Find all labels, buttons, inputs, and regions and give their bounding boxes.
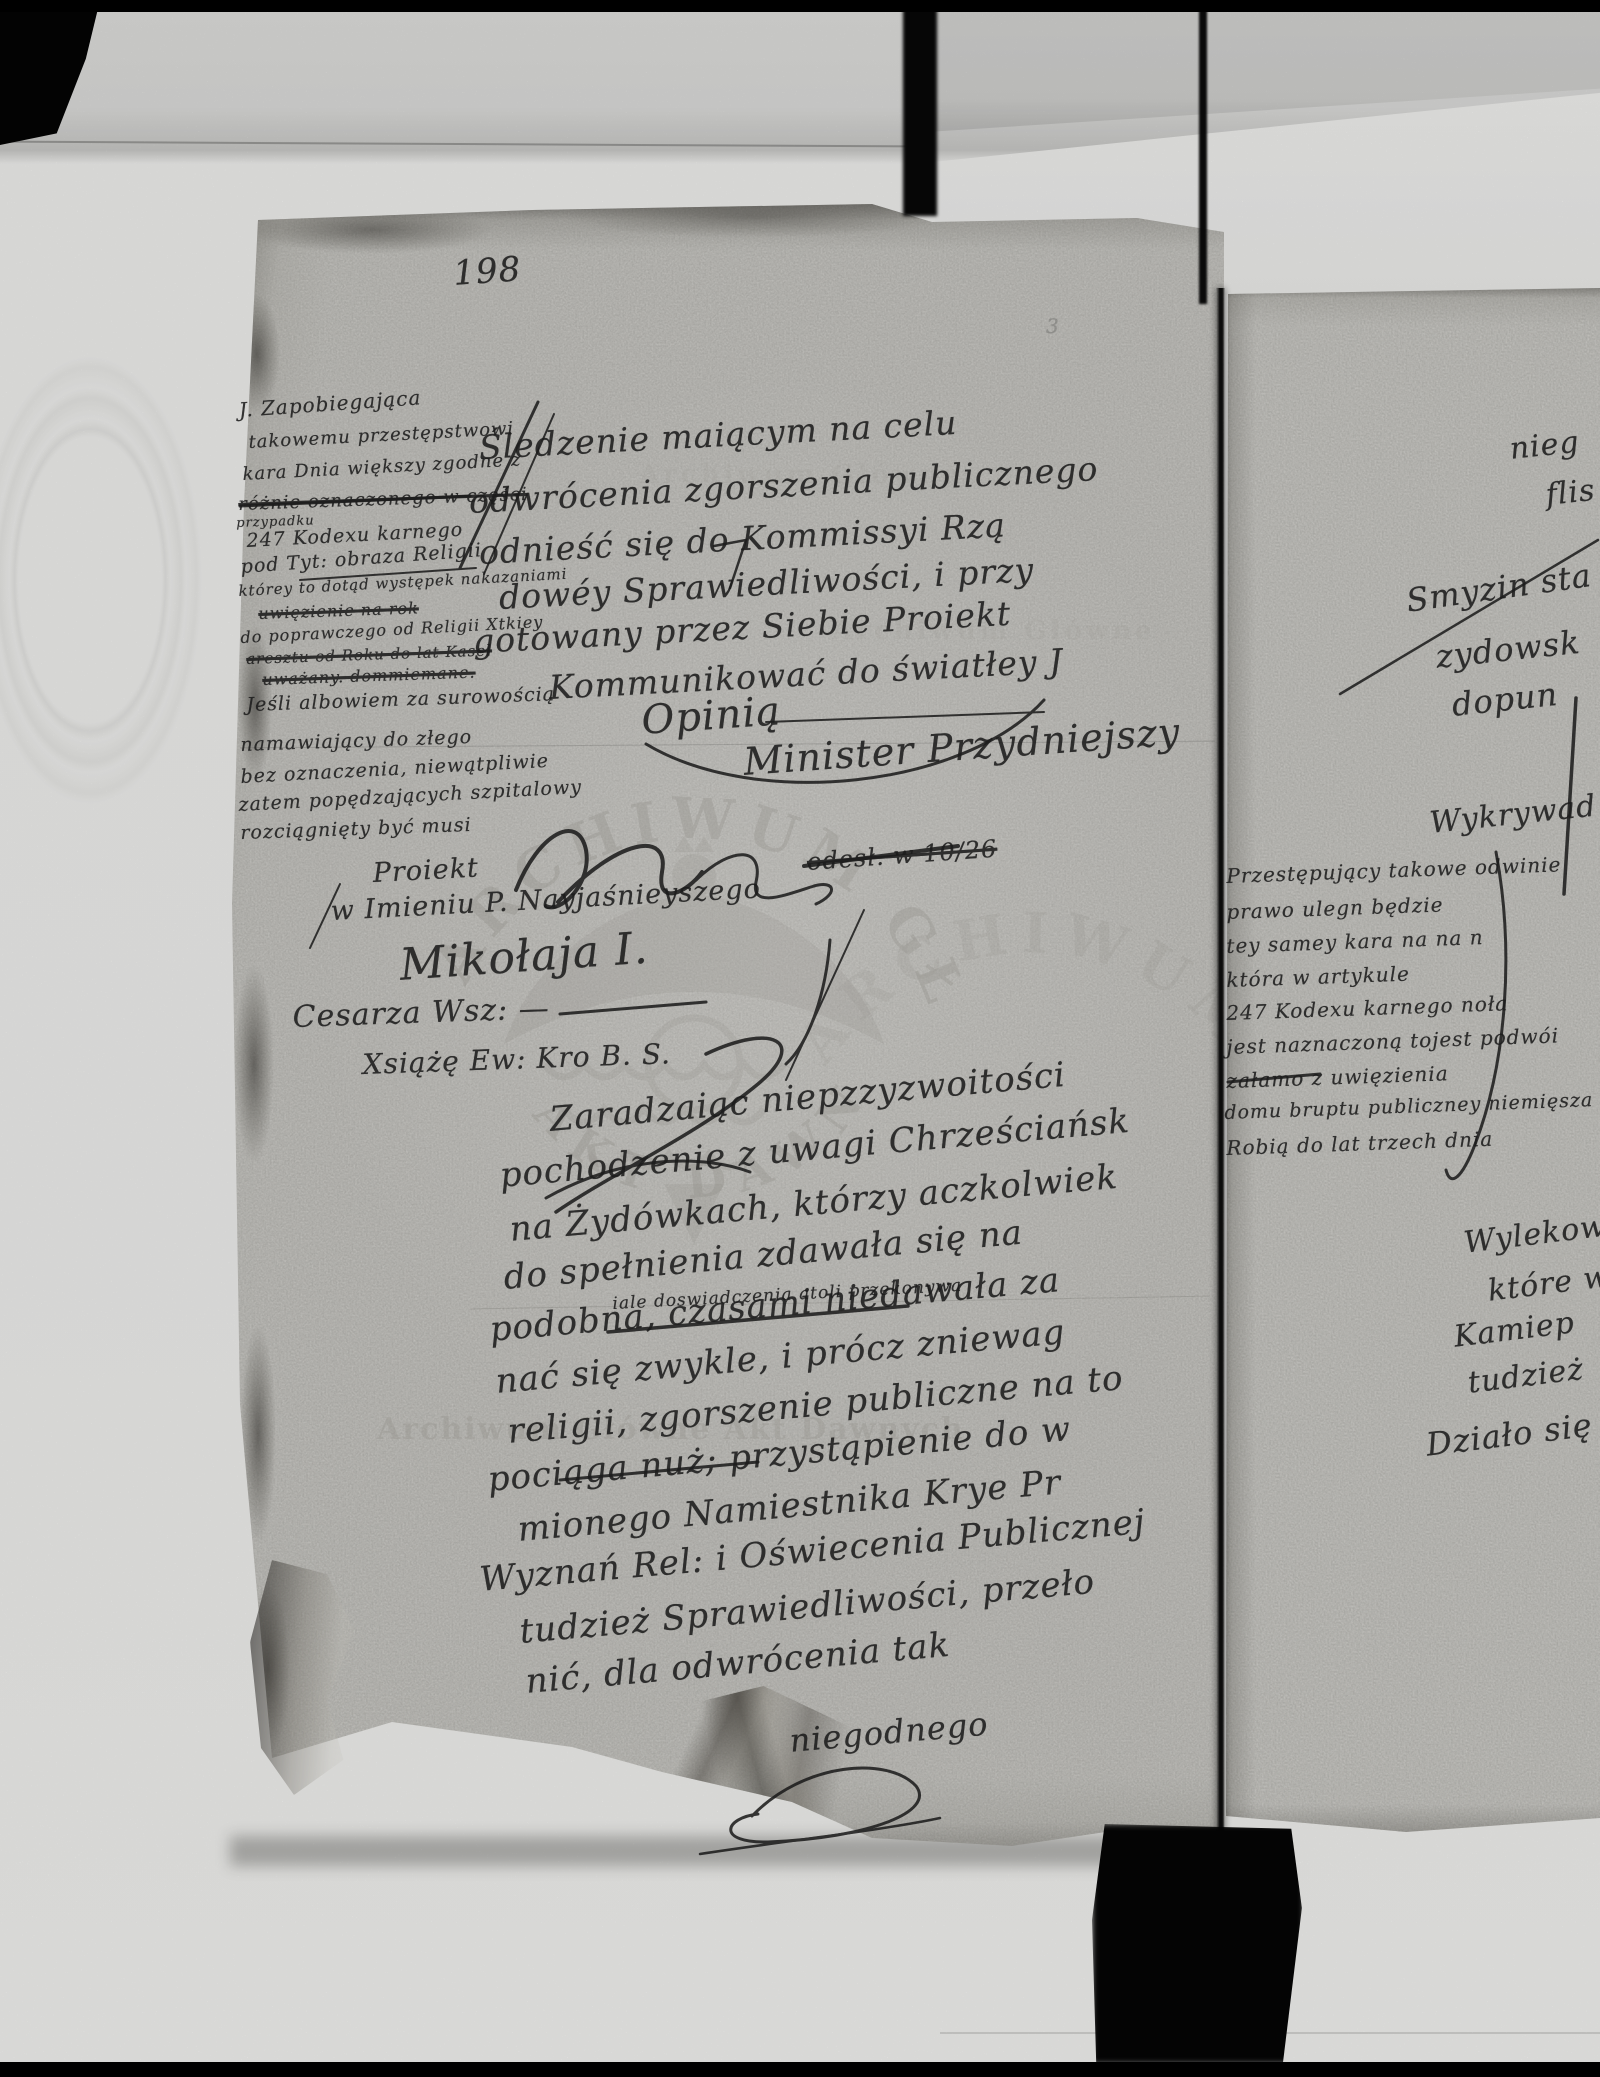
gutter-gap-top — [903, 6, 937, 216]
spine-blotch — [234, 964, 274, 1164]
archival-film-scan: ARCHIWUM GŁÓWNE AKT DAWNYCH ARCHIWUM GŁÓ… — [0, 0, 1600, 2077]
spine-void-bottom — [1092, 1824, 1304, 2064]
page-edge-shading — [1226, 286, 1600, 1838]
binding-gutter-line — [1216, 288, 1225, 1832]
film-frame-bottom — [0, 2062, 1600, 2077]
sheet-gap-sliver — [1199, 6, 1207, 304]
manuscript-page-left: ARCHIWUM GŁÓWNE AKT DAWNYCH ARCHIWUM GŁÓ… — [232, 204, 1224, 1848]
spine-blotch — [238, 624, 272, 784]
film-frame-top — [0, 0, 1600, 12]
page-edge-shading — [232, 204, 1224, 1848]
manuscript-page-right — [1226, 286, 1600, 1838]
